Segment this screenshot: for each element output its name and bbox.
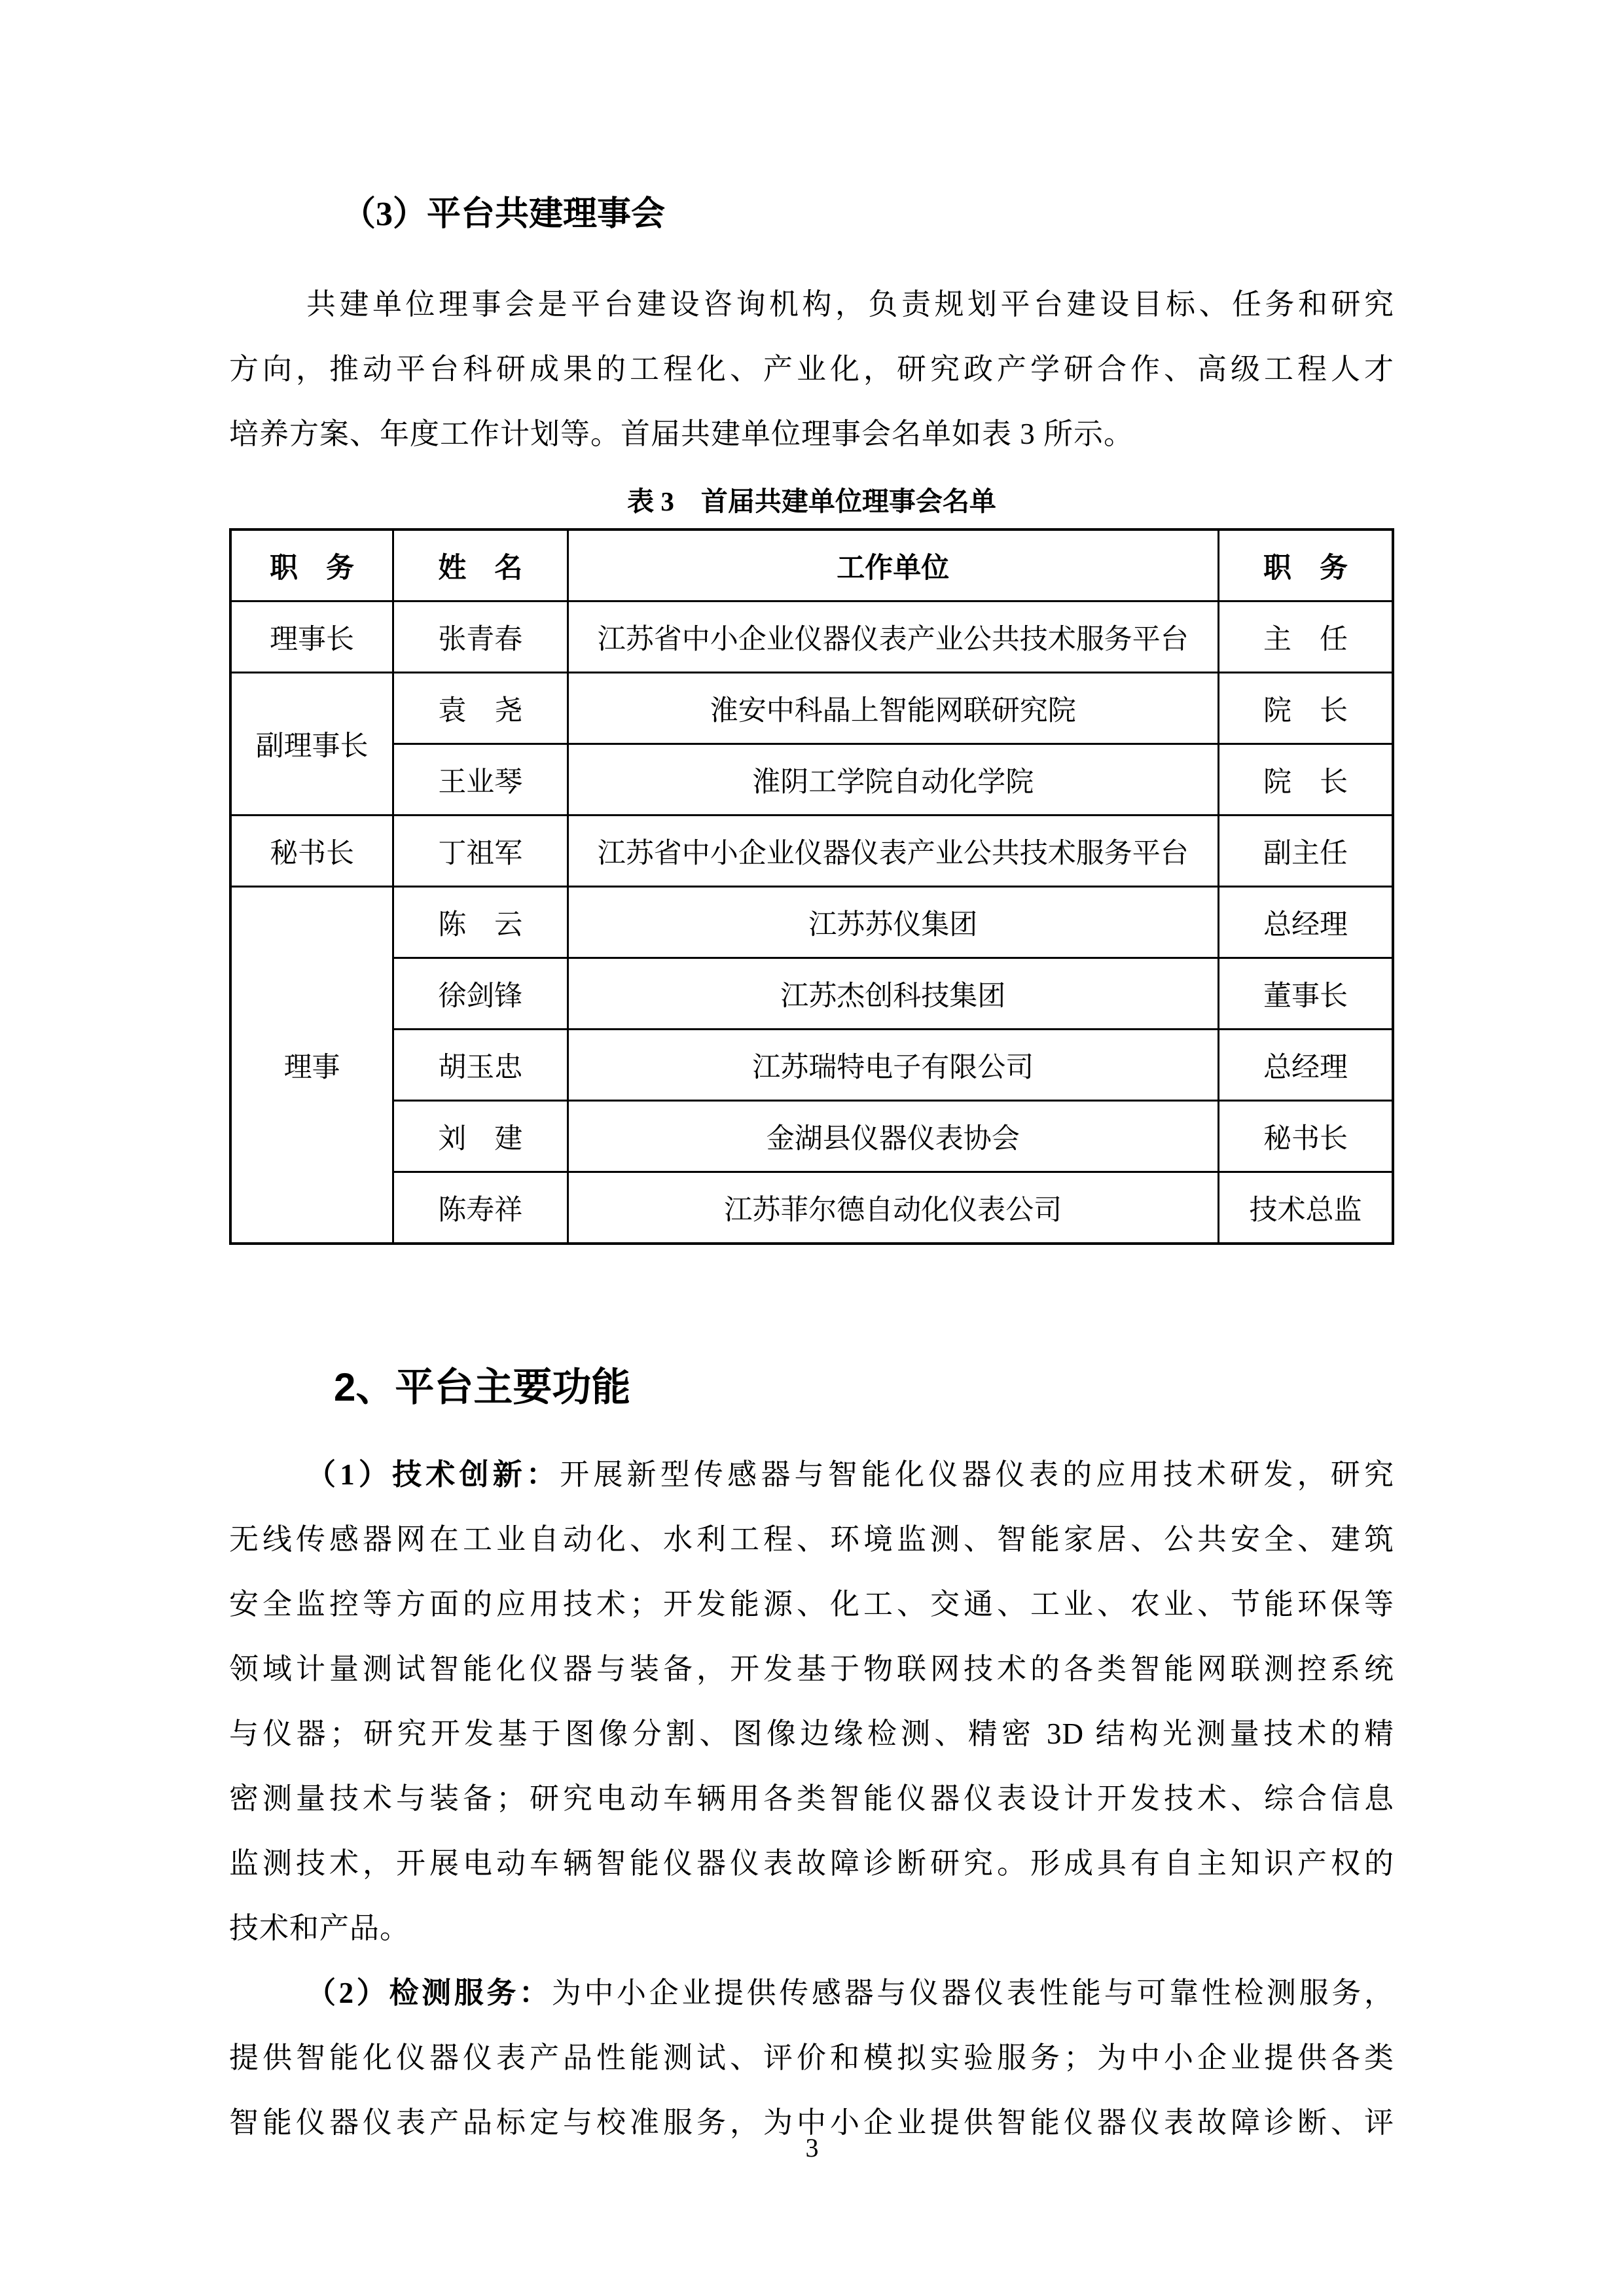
cell-title: 总经理: [1219, 887, 1393, 958]
cell-org: 淮阴工学院自动化学院: [568, 744, 1219, 816]
paragraph-line: （2）检测服务：为中小企业提供传感器与仪器仪表性能与可靠性检测服务，: [229, 1961, 1394, 2026]
table-row: 陈寿祥 江苏菲尔德自动化仪表公司 技术总监: [230, 1172, 1393, 1244]
section-heading-2: 2、平台主要功能: [229, 1363, 1394, 1412]
paragraph-line: 共建单位理事会是平台建设咨询机构，负责规划平台建设目标、任务和研究: [229, 272, 1394, 337]
table-row: 徐剑锋 江苏杰创科技集团 董事长: [230, 958, 1393, 1030]
paragraph-line: 安全监控等方面的应用技术；开发能源、化工、交通、工业、农业、节能环保等: [229, 1572, 1394, 1637]
paragraph-line: 密测量技术与装备；研究电动车辆用各类智能仪器仪表设计开发技术、综合信息: [229, 1767, 1394, 1831]
table-row: 理事长 张青春 江苏省中小企业仪器仪表产业公共技术服务平台 主 任: [230, 601, 1393, 673]
paragraph-line: 方向，推动平台科研成果的工程化、产业化，研究政产学研合作、高级工程人才: [229, 337, 1394, 402]
cell-title: 院 长: [1219, 673, 1393, 744]
paragraph-line: 无线传感器网在工业自动化、水利工程、环境监测、智能家居、公共安全、建筑: [229, 1507, 1394, 1572]
cell-title: 技术总监: [1219, 1172, 1393, 1244]
cell-name: 袁 尧: [393, 673, 568, 744]
paragraph-lead-rest: 为中小企业提供传感器与仪器仪表性能与可靠性检测服务，: [552, 1977, 1394, 2009]
cell-title: 副主任: [1219, 816, 1393, 887]
cell-title: 董事长: [1219, 958, 1393, 1030]
cell-org: 金湖县仪器仪表协会: [568, 1101, 1219, 1172]
page-content: （3）平台共建理事会 共建单位理事会是平台建设咨询机构，负责规划平台建设目标、任…: [229, 0, 1394, 2155]
table-row: 副理事长 袁 尧 淮安中科晶上智能网联研究院 院 长: [230, 673, 1393, 744]
cell-org: 江苏省中小企业仪器仪表产业公共技术服务平台: [568, 601, 1219, 673]
cell-org: 江苏苏仪集团: [568, 887, 1219, 958]
cell-name: 王业琴: [393, 744, 568, 816]
header-org: 工作单位: [568, 529, 1219, 601]
cell-title: 院 长: [1219, 744, 1393, 816]
page-number: 3: [0, 2131, 1624, 2165]
council-roster-table: 职 务 姓 名 工作单位 职 务 理事长 张青春 江苏省中小企业仪器仪表产业公共…: [229, 528, 1394, 1245]
paragraph-line: 监测技术，开展电动车辆智能仪器仪表故障诊断研究。形成具有自主知识产权的: [229, 1831, 1394, 1896]
paragraph-line: 技术和产品。: [229, 1896, 1394, 1961]
table-row: 王业琴 淮阴工学院自动化学院 院 长: [230, 744, 1393, 816]
cell-name: 胡玉忠: [393, 1030, 568, 1101]
testing-service-paragraph: （2）检测服务：为中小企业提供传感器与仪器仪表性能与可靠性检测服务， 提供智能化…: [229, 1961, 1394, 2155]
paragraph-lead-rest: 开展新型传感器与智能化仪器仪表的应用技术研发，研究: [560, 1458, 1394, 1491]
cell-org: 江苏菲尔德自动化仪表公司: [568, 1172, 1219, 1244]
paragraph-line: 提供智能化仪器仪表产品性能测试、评价和模拟实验服务；为中小企业提供各类: [229, 2026, 1394, 2090]
intro-paragraph: 共建单位理事会是平台建设咨询机构，负责规划平台建设目标、任务和研究 方向，推动平…: [229, 272, 1394, 467]
cell-org: 江苏杰创科技集团: [568, 958, 1219, 1030]
cell-role: 副理事长: [230, 673, 393, 816]
cell-name: 丁祖军: [393, 816, 568, 887]
table-row: 理事 陈 云 江苏苏仪集团 总经理: [230, 887, 1393, 958]
cell-title: 秘书长: [1219, 1101, 1393, 1172]
cell-title: 主 任: [1219, 601, 1393, 673]
cell-org: 淮安中科晶上智能网联研究院: [568, 673, 1219, 744]
table-row: 秘书长 丁祖军 江苏省中小企业仪器仪表产业公共技术服务平台 副主任: [230, 816, 1393, 887]
cell-org: 江苏省中小企业仪器仪表产业公共技术服务平台: [568, 816, 1219, 887]
paragraph-line: 领域计量测试智能化仪器与装备，开发基于物联网技术的各类智能网联测控系统: [229, 1637, 1394, 1702]
paragraph-line: （1）技术创新：开展新型传感器与智能化仪器仪表的应用技术研发，研究: [229, 1443, 1394, 1507]
cell-name: 徐剑锋: [393, 958, 568, 1030]
paragraph-line: 培养方案、年度工作计划等。首届共建单位理事会名单如表 3 所示。: [229, 402, 1394, 467]
table-header-row: 职 务 姓 名 工作单位 职 务: [230, 529, 1393, 601]
cell-name: 张青春: [393, 601, 568, 673]
tech-innovation-paragraph: （1）技术创新：开展新型传感器与智能化仪器仪表的应用技术研发，研究 无线传感器网…: [229, 1443, 1394, 1961]
cell-title: 总经理: [1219, 1030, 1393, 1101]
table-row: 刘 建 金湖县仪器仪表协会 秘书长: [230, 1101, 1393, 1172]
paragraph-lead: （1）技术创新：: [306, 1458, 560, 1491]
cell-role: 理事长: [230, 601, 393, 673]
cell-role: 理事: [230, 887, 393, 1244]
header-role-left: 职 务: [230, 529, 393, 601]
header-name: 姓 名: [393, 529, 568, 601]
cell-name: 刘 建: [393, 1101, 568, 1172]
table-caption: 表 3 首届共建单位理事会名单: [229, 482, 1394, 520]
cell-role: 秘书长: [230, 816, 393, 887]
header-role-right: 职 务: [1219, 529, 1393, 601]
table-row: 胡玉忠 江苏瑞特电子有限公司 总经理: [230, 1030, 1393, 1101]
cell-name: 陈寿祥: [393, 1172, 568, 1244]
paragraph-lead: （2）检测服务：: [306, 1977, 552, 2009]
cell-name: 陈 云: [393, 887, 568, 958]
section-heading-3: （3）平台共建理事会: [229, 0, 1394, 236]
document-page: （3）平台共建理事会 共建单位理事会是平台建设咨询机构，负责规划平台建设目标、任…: [0, 0, 1624, 2296]
paragraph-line: 与仪器；研究开发基于图像分割、图像边缘检测、精密 3D 结构光测量技术的精: [229, 1702, 1394, 1767]
cell-org: 江苏瑞特电子有限公司: [568, 1030, 1219, 1101]
